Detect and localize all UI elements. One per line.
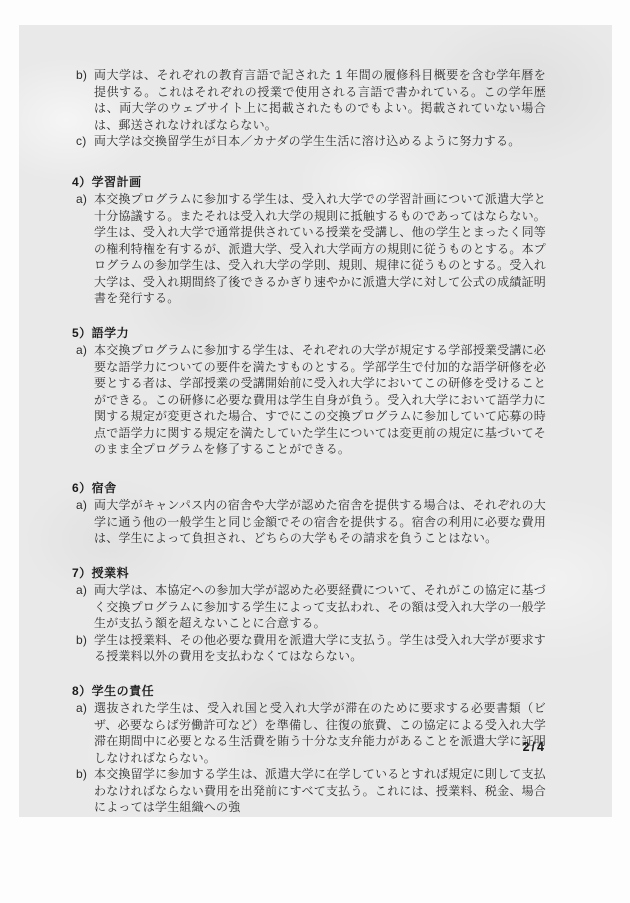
list-item-b: b) 両大学は、それぞれの教育言語で記された 1 年間の履修科目概要を含む学年暦… xyxy=(72,67,546,133)
item-text: 両大学は、本協定への参加大学が認めた必要経費について、それがこの協定に基づく交換… xyxy=(94,583,546,630)
section-tuition: 7）授業料 a) 両大学は、本協定への参加大学が認めた必要経費について、それがこ… xyxy=(72,565,546,665)
section-heading: 5）語学力 xyxy=(72,325,546,342)
item-marker: a) xyxy=(76,342,87,359)
item-text: 両大学は交換留学生が日本／カナダの学生生活に溶け込めるように努力する。 xyxy=(94,134,520,148)
item-text: 選抜された学生は、受入れ国と受入れ大学が滞在のために要求する必要書類（ビザ、必要… xyxy=(94,701,546,765)
list-item-c: c) 両大学は交換留学生が日本／カナダの学生生活に溶け込めるように努力する。 xyxy=(72,133,546,150)
list-item-a: a) 両大学は、本協定への参加大学が認めた必要経費について、それがこの協定に基づ… xyxy=(72,582,546,632)
item-marker: c) xyxy=(76,133,86,150)
section-housing: 6）宿舎 a) 両大学がキャンパス内の宿舎や大学が認めた宿舎を提供する場合は、そ… xyxy=(72,480,546,547)
section-student-responsibility: 8）学生の責任 a) 選抜された学生は、受入れ国と受入れ大学が滞在のために要求す… xyxy=(72,683,546,816)
list-item-a: a) 選抜された学生は、受入れ国と受入れ大学が滞在のために要求する必要書類（ビザ… xyxy=(72,700,546,766)
section-language-ability: 5）語学力 a) 本交換プログラムに参加する学生は、それぞれの大学が規定する学部… xyxy=(72,325,546,458)
list-item-b: b) 学生は授業料、その他必要な費用を派遣大学に支払う。学生は受入れ大学が要求す… xyxy=(72,632,546,665)
item-marker: a) xyxy=(76,497,87,514)
item-marker: a) xyxy=(76,191,87,208)
section-heading: 8）学生の責任 xyxy=(72,683,546,700)
list-item-a: a) 本交換プログラムに参加する学生は、受入れ大学での学習計画について派遣大学と… xyxy=(72,191,546,307)
list-item-a: a) 本交換プログラムに参加する学生は、それぞれの大学が規定する学部授業受講に必… xyxy=(72,342,546,458)
page-number: 2/4 xyxy=(523,740,546,754)
item-text: 本交換プログラムに参加する学生は、受入れ大学での学習計画について派遣大学と十分協… xyxy=(94,192,546,305)
scanned-document-page: b) 両大学は、それぞれの教育言語で記された 1 年間の履修科目概要を含む学年暦… xyxy=(19,25,612,817)
section-heading: 6）宿舎 xyxy=(72,480,546,497)
section-study-plan: 4）学習計画 a) 本交換プログラムに参加する学生は、受入れ大学での学習計画につ… xyxy=(72,174,546,307)
item-text: 本交換プログラムに参加する学生は、それぞれの大学が規定する学部授業受講に必要な語… xyxy=(94,343,546,456)
item-text: 本交換留学に参加する学生は、派遣大学に在学しているとすれば規定に則して支払わなけ… xyxy=(94,767,546,814)
page-content: b) 両大学は、それぞれの教育言語で記された 1 年間の履修科目概要を含む学年暦… xyxy=(72,67,546,816)
item-text: 両大学は、それぞれの教育言語で記された 1 年間の履修科目概要を含む学年暦を提供… xyxy=(94,68,546,132)
section-heading: 4）学習計画 xyxy=(72,174,546,191)
list-item-b: b) 本交換留学に参加する学生は、派遣大学に在学しているとすれば規定に則して支払… xyxy=(72,766,546,816)
item-text: 学生は授業料、その他必要な費用を派遣大学に支払う。学生は受入れ大学が要求する授業… xyxy=(94,633,546,664)
item-marker: b) xyxy=(76,632,87,649)
item-marker: a) xyxy=(76,700,87,717)
section-heading: 7）授業料 xyxy=(72,565,546,582)
item-marker: a) xyxy=(76,582,87,599)
item-text: 両大学がキャンパス内の宿舎や大学が認めた宿舎を提供する場合は、それぞれの大学に通… xyxy=(94,498,546,545)
item-marker: b) xyxy=(76,67,87,84)
item-marker: b) xyxy=(76,766,87,783)
list-item-a: a) 両大学がキャンパス内の宿舎や大学が認めた宿舎を提供する場合は、それぞれの大… xyxy=(72,497,546,547)
